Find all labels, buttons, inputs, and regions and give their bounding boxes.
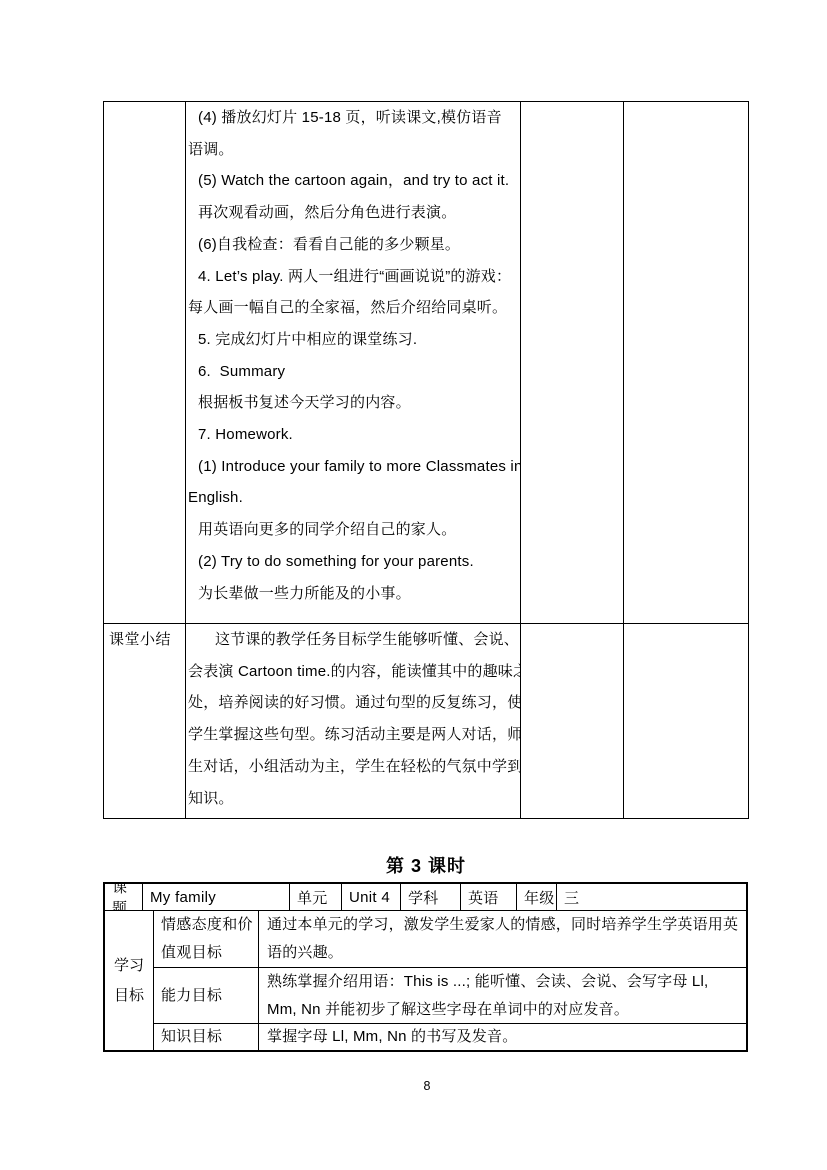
step-line: 根据板书复述今天学习的内容。: [188, 387, 518, 419]
summary-line: 知识。: [188, 783, 518, 815]
goal-name: 知识目标: [154, 1024, 259, 1050]
summary-line: 会表演 Cartoon time.的内容，能读懂其中的趣味之: [188, 656, 518, 688]
goal-content: 通过本单元的学习，激发学生爱家人的情感，同时培养学生学英语用英语的兴趣。: [259, 911, 746, 968]
step-line: 7. Homework.: [188, 419, 518, 451]
step-line: 再次观看动画，然后分角色进行表演。: [188, 197, 518, 229]
course-title-label: 课题: [105, 884, 143, 911]
step-line: 用英语向更多的同学介绍自己的家人。: [188, 514, 518, 546]
teaching-steps-cell: (4) 播放幻灯片 15-18 页，听读课文,模仿语音 语调。 (5) Watc…: [186, 102, 521, 624]
summary-design-intent-cell-empty: [521, 624, 624, 819]
unit-value: Unit 4: [342, 884, 401, 911]
procedure-stage-cell-empty: [104, 102, 186, 624]
section-heading: 第 3 课时: [103, 853, 749, 879]
summary-line: 学生掌握这些句型。练习活动主要是两人对话，师: [188, 719, 518, 751]
page-number: 8: [27, 1079, 827, 1093]
goal-name: 情感态度和价值观目标: [154, 911, 259, 968]
subject-label: 学科: [401, 884, 461, 911]
summary-content-cell: 这节课的教学任务目标学生能够听懂、会说、 会表演 Cartoon time.的内…: [186, 624, 521, 819]
summary-line: 生对话，小组活动为主，学生在轻松的气氛中学到: [188, 751, 518, 783]
step-line: 5. 完成幻灯片中相应的课堂练习.: [188, 324, 518, 356]
unit-label: 单元: [290, 884, 342, 911]
step-line: 每人画一幅自己的全家福，然后介绍给同桌听。: [188, 292, 518, 324]
procedure-table: (4) 播放幻灯片 15-18 页，听读课文,模仿语音 语调。 (5) Watc…: [103, 101, 749, 819]
step-line: 6. Summary: [188, 356, 518, 388]
design-intent-cell-empty: [521, 102, 624, 624]
step-line: (4) 播放幻灯片 15-18 页，听读课文,模仿语音: [188, 102, 518, 134]
step-line: 为长辈做一些力所能及的小事。: [188, 578, 518, 610]
learning-goals-section: 学习目标 情感态度和价值观目标 通过本单元的学习，激发学生爱家人的情感，同时培养…: [105, 911, 746, 1050]
learning-goals-label-text: 学习目标: [112, 951, 146, 1011]
goal-name: 能力目标: [154, 968, 259, 1024]
step-line: (1) Introduce your family to more Classm…: [188, 451, 518, 483]
summary-line: 处，培养阅读的好习惯。通过句型的反复练习，使: [188, 687, 518, 719]
step-line: English.: [188, 482, 518, 514]
step-line: 语调。: [188, 134, 518, 166]
goal-content: 掌握字母 Ll, Mm, Nn 的书写及发音。: [259, 1024, 746, 1050]
grade-label: 年级: [517, 884, 557, 911]
step-line: (6)自我检查：看看自己能的多少颗星。: [188, 229, 518, 261]
step-line: 4. Let’s play. 两人一组进行“画画说说”的游戏：: [188, 261, 518, 293]
lesson-info-table: 课题 My family 单元 Unit 4 学科 英语 年级 三 学习目标 情…: [103, 882, 748, 1052]
goal-content: 熟练掌握介绍用语：This is ...; 能听懂、会读、会说、会写字母 Ll,…: [259, 968, 746, 1024]
lesson-info-header-row: 课题 My family 单元 Unit 4 学科 英语 年级 三: [105, 884, 746, 911]
step-line: (5) Watch the cartoon again，and try to a…: [188, 165, 518, 197]
summary-line: 这节课的教学任务目标学生能够听懂、会说、: [188, 624, 518, 656]
notes-cell-empty: [624, 102, 749, 624]
step-line: (2) Try to do something for your parents…: [188, 546, 518, 578]
learning-goals-label: 学习目标: [105, 911, 154, 1050]
summary-row-label: 课堂小结: [104, 624, 186, 819]
grade-value: 三: [557, 884, 746, 911]
course-title-value: My family: [143, 884, 290, 911]
summary-notes-cell-empty: [624, 624, 749, 819]
subject-value: 英语: [461, 884, 517, 911]
